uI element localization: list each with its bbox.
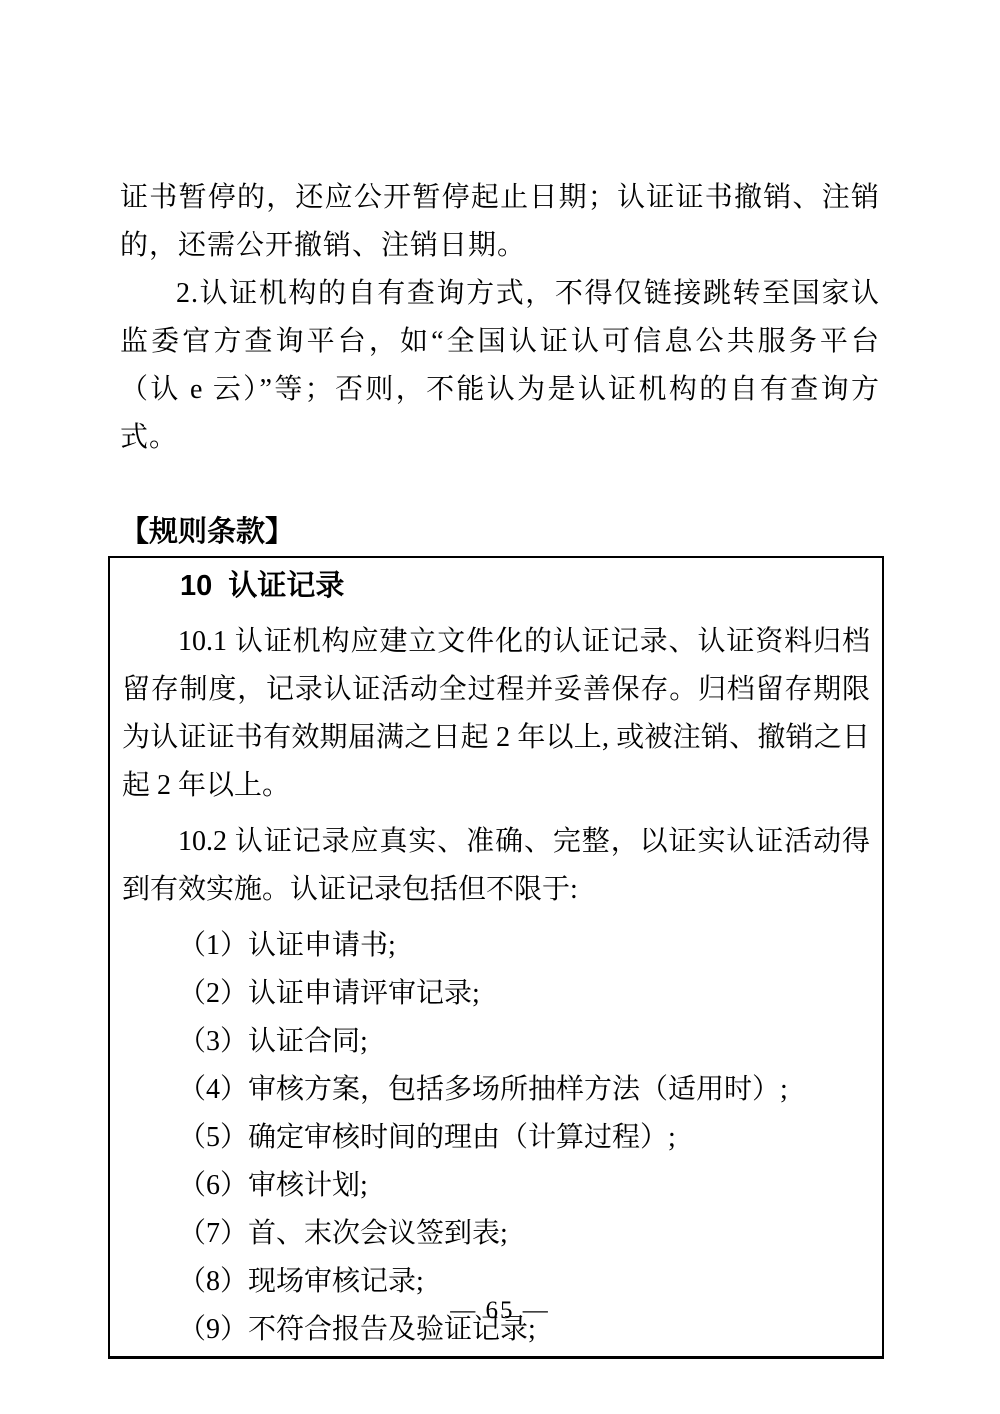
intro-paragraph-2: 2.认证机构的自有查询方式，不得仅链接跳转至国家认监委官方查询平台，如“全国认证… [120, 270, 880, 462]
list-item: （2）认证申请评审记录; [122, 970, 870, 1018]
record-items-list: （1）认证申请书; （2）认证申请评审记录; （3）认证合同; （4）审核方案，… [122, 922, 870, 1354]
list-item: （1）认证申请书; [122, 922, 870, 970]
page-number: — 65 — [0, 1293, 1000, 1329]
document-page: 证书暂停的，还应公开暂停起止日期；认证证书撤销、注销的，还需公开撤销、注销日期。… [0, 0, 1000, 1414]
list-item: （6）审核计划; [122, 1162, 870, 1210]
rule-clause-box: 10 认证记录 10.1 认证机构应建立文件化的认证记录、认证资料归档留存制度，… [108, 556, 884, 1359]
list-item: （7）首、末次会议签到表; [122, 1210, 870, 1258]
clause-10-1: 10.1 认证机构应建立文件化的认证记录、认证资料归档留存制度，记录认证活动全过… [122, 618, 870, 810]
page-body: 证书暂停的，还应公开暂停起止日期；认证证书撤销、注销的，还需公开撤销、注销日期。… [120, 174, 880, 1359]
intro-paragraph-continuation: 证书暂停的，还应公开暂停起止日期；认证证书撤销、注销的，还需公开撤销、注销日期。 [120, 174, 880, 270]
list-item: （5）确定审核时间的理由（计算过程）; [122, 1114, 870, 1162]
clause-10-2: 10.2 认证记录应真实、准确、完整，以证实认证活动得到有效实施。认证记录包括但… [122, 818, 870, 914]
rule-clause-section-heading: 【规则条款】 [120, 508, 880, 556]
rule-box-title: 10 认证记录 [122, 562, 870, 610]
list-item: （4）审核方案，包括多场所抽样方法（适用时）; [122, 1066, 870, 1114]
list-item: （3）认证合同; [122, 1018, 870, 1066]
